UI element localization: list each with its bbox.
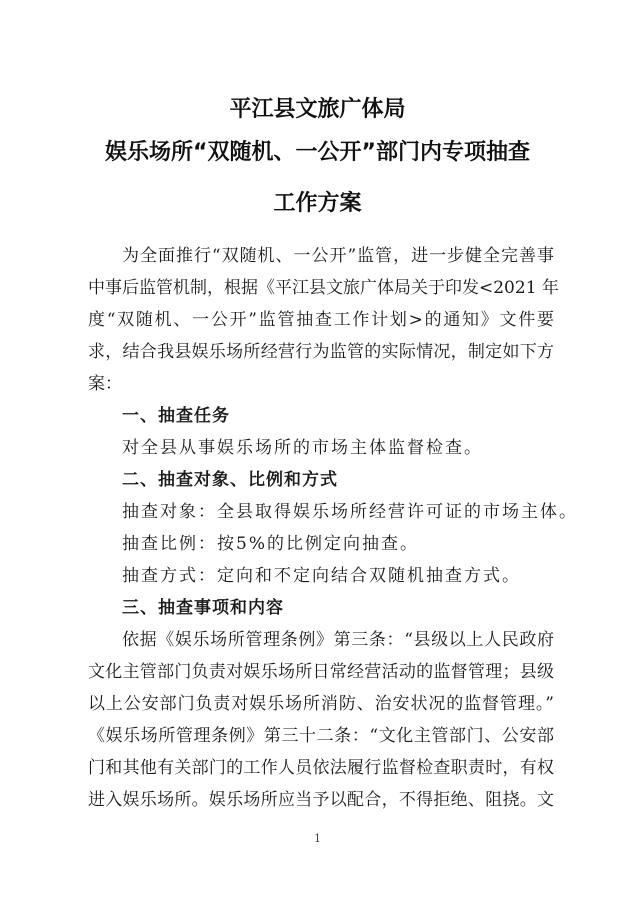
intro-line: 为全面推行“双随机、一公开”监管，进一步健全完善事 bbox=[88, 240, 554, 272]
section-line: 《娱乐场所管理条例》第三十二条：“文化主管部门、公安部 bbox=[88, 720, 554, 752]
section-item: 抽查比例：按5%的比例定向抽查。 bbox=[88, 528, 554, 560]
section-line: 文化主管部门负责对娱乐场所日常经营活动的监督管理；县级 bbox=[88, 656, 554, 688]
document-body: 为全面推行“双随机、一公开”监管，进一步健全完善事 中事后监管机制，根据《平江县… bbox=[88, 240, 554, 816]
section-item: 抽查对象：全县取得娱乐场所经营许可证的市场主体。 bbox=[88, 496, 554, 528]
section-line: 进入娱乐场所。娱乐场所应当予以配合，不得拒绝、阻挠。文 bbox=[88, 784, 554, 816]
intro-line: 求，结合我县娱乐场所经营行为监管的实际情况，制定如下方 bbox=[88, 336, 554, 368]
section-heading-2: 二、抽查对象、比例和方式 bbox=[88, 464, 554, 496]
intro-line: 度“双随机、一公开”监管抽查工作计划>的通知》文件要 bbox=[88, 304, 554, 336]
intro-line: 中事后监管机制，根据《平江县文旅广体局关于印发<2021 年 bbox=[88, 272, 554, 304]
page-number: 1 bbox=[0, 832, 635, 845]
section-heading-3: 三、抽查事项和内容 bbox=[88, 592, 554, 624]
title-plan: 工作方案 bbox=[0, 186, 635, 217]
title-agency: 平江县文旅广体局 bbox=[0, 92, 635, 123]
section-text: 对全县从事娱乐场所的市场主体监督检查。 bbox=[88, 432, 554, 464]
section-line: 门和其他有关部门的工作人员依法履行监督检查职责时，有权 bbox=[88, 752, 554, 784]
section-line: 以上公安部门负责对娱乐场所消防、治安状况的监督管理。” bbox=[88, 688, 554, 720]
section-heading-1: 一、抽查任务 bbox=[88, 400, 554, 432]
intro-line: 案： bbox=[88, 368, 554, 400]
title-subject: 娱乐场所“双随机、一公开”部门内专项抽查 bbox=[0, 135, 635, 166]
section-line: 依据《娱乐场所管理条例》第三条：“县级以上人民政府 bbox=[88, 624, 554, 656]
section-item: 抽查方式：定向和不定向结合双随机抽查方式。 bbox=[88, 560, 554, 592]
